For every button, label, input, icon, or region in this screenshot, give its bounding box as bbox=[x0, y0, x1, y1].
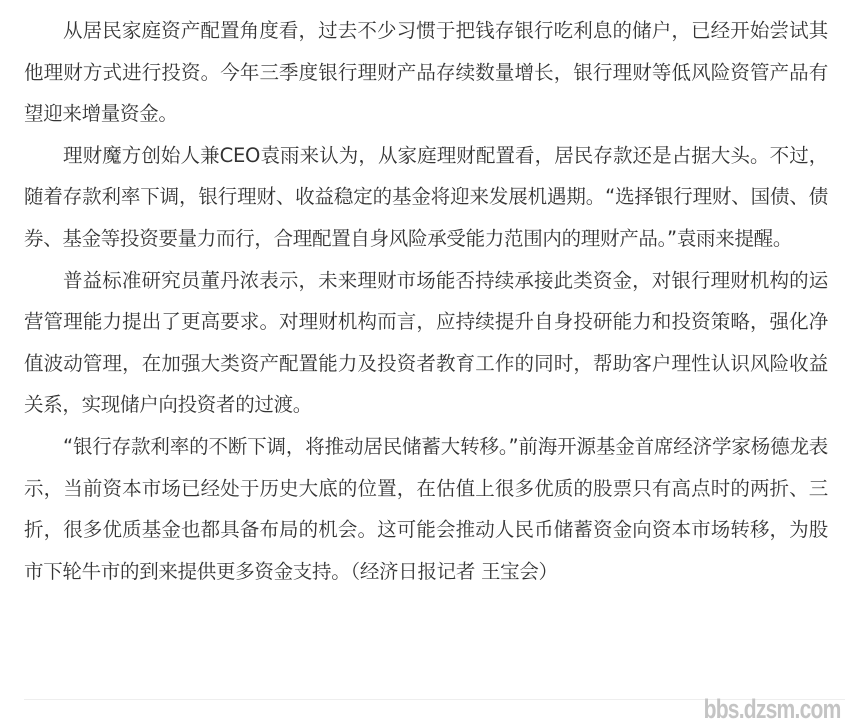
watermark: bbs.dzsm.com bbox=[704, 693, 841, 725]
article-body: 从居民家庭资产配置角度看，过去不少习惯于把钱存银行吃利息的储户，已经开始尝试其他… bbox=[24, 10, 828, 592]
paragraph-household-allocation: 从居民家庭资产配置角度看，过去不少习惯于把钱存银行吃利息的储户，已经开始尝试其他… bbox=[24, 10, 828, 135]
paragraph-yuan-yulai-quote: 理财魔方创始人兼CEO袁雨来认为，从家庭理财配置看，居民存款还是占据大头。不过，… bbox=[24, 135, 828, 260]
paragraph-yang-delong-quote: “银行存款利率的不断下调，将推动居民储蓄大转移。”前海开源基金首席经济学家杨德龙… bbox=[24, 426, 828, 592]
paragraph-dong-dannong-quote: 普益标准研究员董丹浓表示，未来理财市场能否持续承接此类资金，对银行理财机构的运营… bbox=[24, 260, 828, 426]
